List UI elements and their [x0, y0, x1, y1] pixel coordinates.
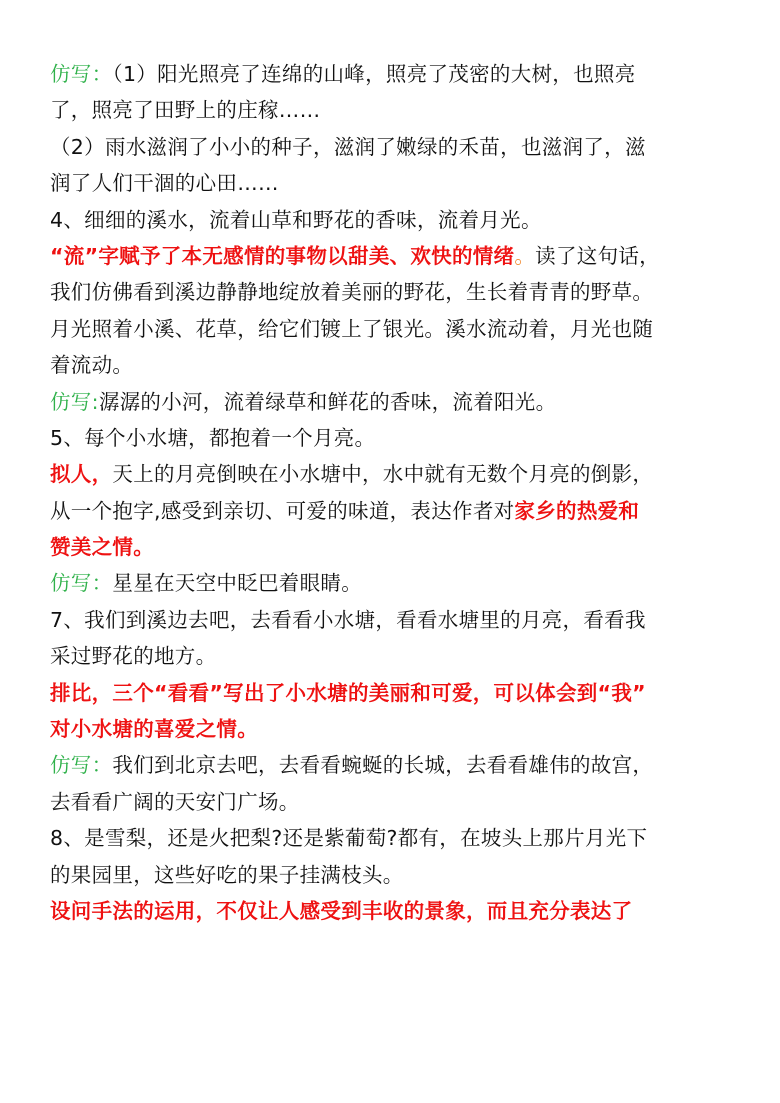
text-line: “流”字赋予了本无感情的事物以甜美、欢快的情绪。读了这句话，	[50, 238, 740, 274]
text-line: 润了人们干涸的心田……	[50, 165, 740, 201]
body-text: 星星在天空中眨巴着眼睛。	[112, 571, 362, 595]
analysis-emphasis: 家乡的热爱和	[514, 499, 639, 523]
analysis-emphasis: 排比，三个“看看”写出了小水塘的美丽和可爱，可以体会到“我”	[50, 681, 646, 705]
sentence-5-heading: 5、每个小水塘，都抱着一个月亮。	[50, 420, 740, 456]
text-line: 排比，三个“看看”写出了小水塘的美丽和可爱，可以体会到“我”	[50, 675, 740, 711]
body-text: （2）雨水滋润了小小的种子，滋润了嫩绿的禾苗，也滋润了，滋	[50, 135, 646, 159]
body-text: （1）阳光照亮了连绵的山峰，照亮了茂密的大树，也照亮	[112, 62, 635, 86]
document-page: 仿写：（1）阳光照亮了连绵的山峰，照亮了茂密的大树，也照亮 了，照亮了田野上的庄…	[50, 56, 740, 929]
analysis-emphasis: “流”字赋予了本无感情的事物以甜美、欢快的情绪	[50, 244, 514, 268]
sentence-4-heading: 4、细细的溪水，流着山草和野花的香味，流着月光。	[50, 202, 740, 238]
body-text: 的果园里，这些好吃的果子挂满枝头。	[50, 863, 404, 887]
text-line: 的果园里，这些好吃的果子挂满枝头。	[50, 857, 740, 893]
body-text: 采过野花的地方。	[50, 644, 216, 668]
body-text: 8、是雪梨，还是火把梨?还是紫葡萄?都有，在坡头上那片月光下	[50, 826, 647, 850]
text-line: 从一个抱字,感受到亲切、可爱的味道，表达作者对家乡的热爱和	[50, 493, 740, 529]
text-line: 赞美之情。	[50, 529, 740, 565]
body-text: 5、每个小水塘，都抱着一个月亮。	[50, 426, 375, 450]
text-line: 月光照着小溪、花草，给它们镀上了银光。溪水流动着，月光也随	[50, 311, 740, 347]
text-line: 对小水塘的喜爱之情。	[50, 711, 740, 747]
body-text: 天上的月亮倒映在小水塘中，水中就有无数个月亮的倒影，	[112, 462, 653, 486]
body-text: 4、细细的溪水，流着山草和野花的香味，流着月光。	[50, 208, 542, 232]
text-line: 仿写：（1）阳光照亮了连绵的山峰，照亮了茂密的大树，也照亮	[50, 56, 740, 92]
text-line: 仿写：我们到北京去吧，去看看蜿蜒的长城，去看看雄伟的故宫，	[50, 747, 740, 783]
sentence-7-heading: 7、我们到溪边去吧，去看看小水塘，看看水塘里的月亮，看看我	[50, 602, 740, 638]
imitation-label: 仿写：	[50, 62, 112, 86]
text-line: 了，照亮了田野上的庄稼……	[50, 92, 740, 128]
text-line: 采过野花的地方。	[50, 638, 740, 674]
body-text: 潺潺的小河，流着绿草和鲜花的香味，流着阳光。	[99, 390, 557, 414]
sentence-8-heading: 8、是雪梨，还是火把梨?还是紫葡萄?都有，在坡头上那片月光下	[50, 820, 740, 856]
imitation-label: 仿写：	[50, 753, 112, 777]
analysis-emphasis: 拟人，	[50, 462, 112, 486]
body-text: 着流动。	[50, 353, 133, 377]
analysis-emphasis: 设问手法的运用，不仅让人感受到丰收的景象，而且充分表达了	[50, 899, 632, 923]
orange-period: 。	[514, 244, 535, 268]
text-line: 去看看广阔的天安门广场。	[50, 784, 740, 820]
body-text: 去看看广阔的天安门广场。	[50, 790, 300, 814]
body-text: 了，照亮了田野上的庄稼……	[50, 98, 320, 122]
body-text: 我们仿佛看到溪边静静地绽放着美丽的野花，生长着青青的野草。	[50, 280, 653, 304]
text-line: 拟人，天上的月亮倒映在小水塘中，水中就有无数个月亮的倒影，	[50, 456, 740, 492]
imitation-label: 仿写:	[50, 390, 99, 414]
text-line: 仿写:潺潺的小河，流着绿草和鲜花的香味，流着阳光。	[50, 384, 740, 420]
body-text: 月光照着小溪、花草，给它们镀上了银光。溪水流动着，月光也随	[50, 317, 653, 341]
analysis-emphasis: 赞美之情。	[50, 535, 154, 559]
imitation-label: 仿写：	[50, 571, 112, 595]
analysis-emphasis: 对小水塘的喜爱之情。	[50, 717, 258, 741]
text-line: 我们仿佛看到溪边静静地绽放着美丽的野花，生长着青青的野草。	[50, 274, 740, 310]
body-text: 读了这句话，	[535, 244, 660, 268]
text-line: 设问手法的运用，不仅让人感受到丰收的景象，而且充分表达了	[50, 893, 740, 929]
body-text: 从一个抱字,感受到亲切、可爱的味道，表达作者对	[50, 499, 514, 523]
body-text: 我们到北京去吧，去看看蜿蜒的长城，去看看雄伟的故宫，	[112, 753, 653, 777]
body-text: 7、我们到溪边去吧，去看看小水塘，看看水塘里的月亮，看看我	[50, 608, 646, 632]
text-line: 着流动。	[50, 347, 740, 383]
text-line: （2）雨水滋润了小小的种子，滋润了嫩绿的禾苗，也滋润了，滋	[50, 129, 740, 165]
body-text: 润了人们干涸的心田……	[50, 171, 279, 195]
text-line: 仿写：星星在天空中眨巴着眼睛。	[50, 565, 740, 601]
